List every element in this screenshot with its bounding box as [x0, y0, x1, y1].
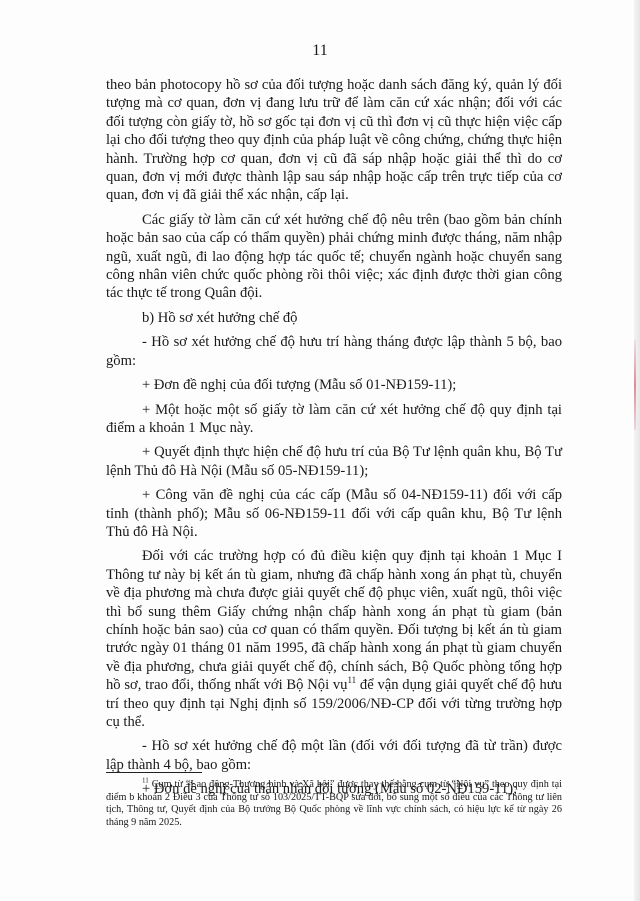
- footnote-reference[interactable]: 11: [347, 675, 356, 685]
- document-page: 11 theo bản photocopy hồ sơ của đối tượn…: [0, 0, 640, 901]
- paragraph-imprisonment-cases: Đối với các trường hợp có đủ điều kiện q…: [106, 547, 562, 731]
- list-item-application-form: + Đơn đề nghị của đối tượng (Mẫu số 01-N…: [106, 376, 562, 394]
- page-number: 11: [0, 42, 640, 60]
- paragraph-text-before-footnote: Đối với các trường hợp có đủ điều kiện q…: [106, 548, 562, 693]
- paragraph-monthly-pension-dossier: - Hồ sơ xét hưởng chế độ hưu trí hàng th…: [106, 333, 562, 370]
- body-text: theo bản photocopy hồ sơ của đối tượng h…: [106, 76, 562, 805]
- list-item-pension-decision: + Quyết định thực hiện chế độ hưu trí củ…: [106, 443, 562, 480]
- margin-red-mark: [634, 340, 636, 430]
- footnote: 11 Cụm từ “Lao động-Thương binh và Xã hộ…: [106, 779, 562, 829]
- section-heading-b: b) Hồ sơ xét hưởng chế độ: [106, 309, 562, 327]
- scan-edge-shadow: [634, 0, 640, 901]
- footnote-separator: [106, 772, 202, 773]
- footnote-marker: 11: [142, 777, 149, 785]
- list-item-official-letter: + Công văn đề nghị của các cấp (Mẫu số 0…: [106, 486, 562, 541]
- paragraph-one-time-dossier: - Hồ sơ xét hưởng chế độ một lần (đối vớ…: [106, 737, 562, 774]
- paragraph-continuation: theo bản photocopy hồ sơ của đối tượng h…: [106, 76, 562, 205]
- footnote-text: Cụm từ “Lao động-Thương binh và Xã hội” …: [106, 779, 562, 828]
- paragraph-documents-proof: Các giấy tờ làm căn cứ xét hưởng chế độ …: [106, 211, 562, 303]
- list-item-supporting-documents: + Một hoặc một số giấy tờ làm căn cứ xét…: [106, 401, 562, 438]
